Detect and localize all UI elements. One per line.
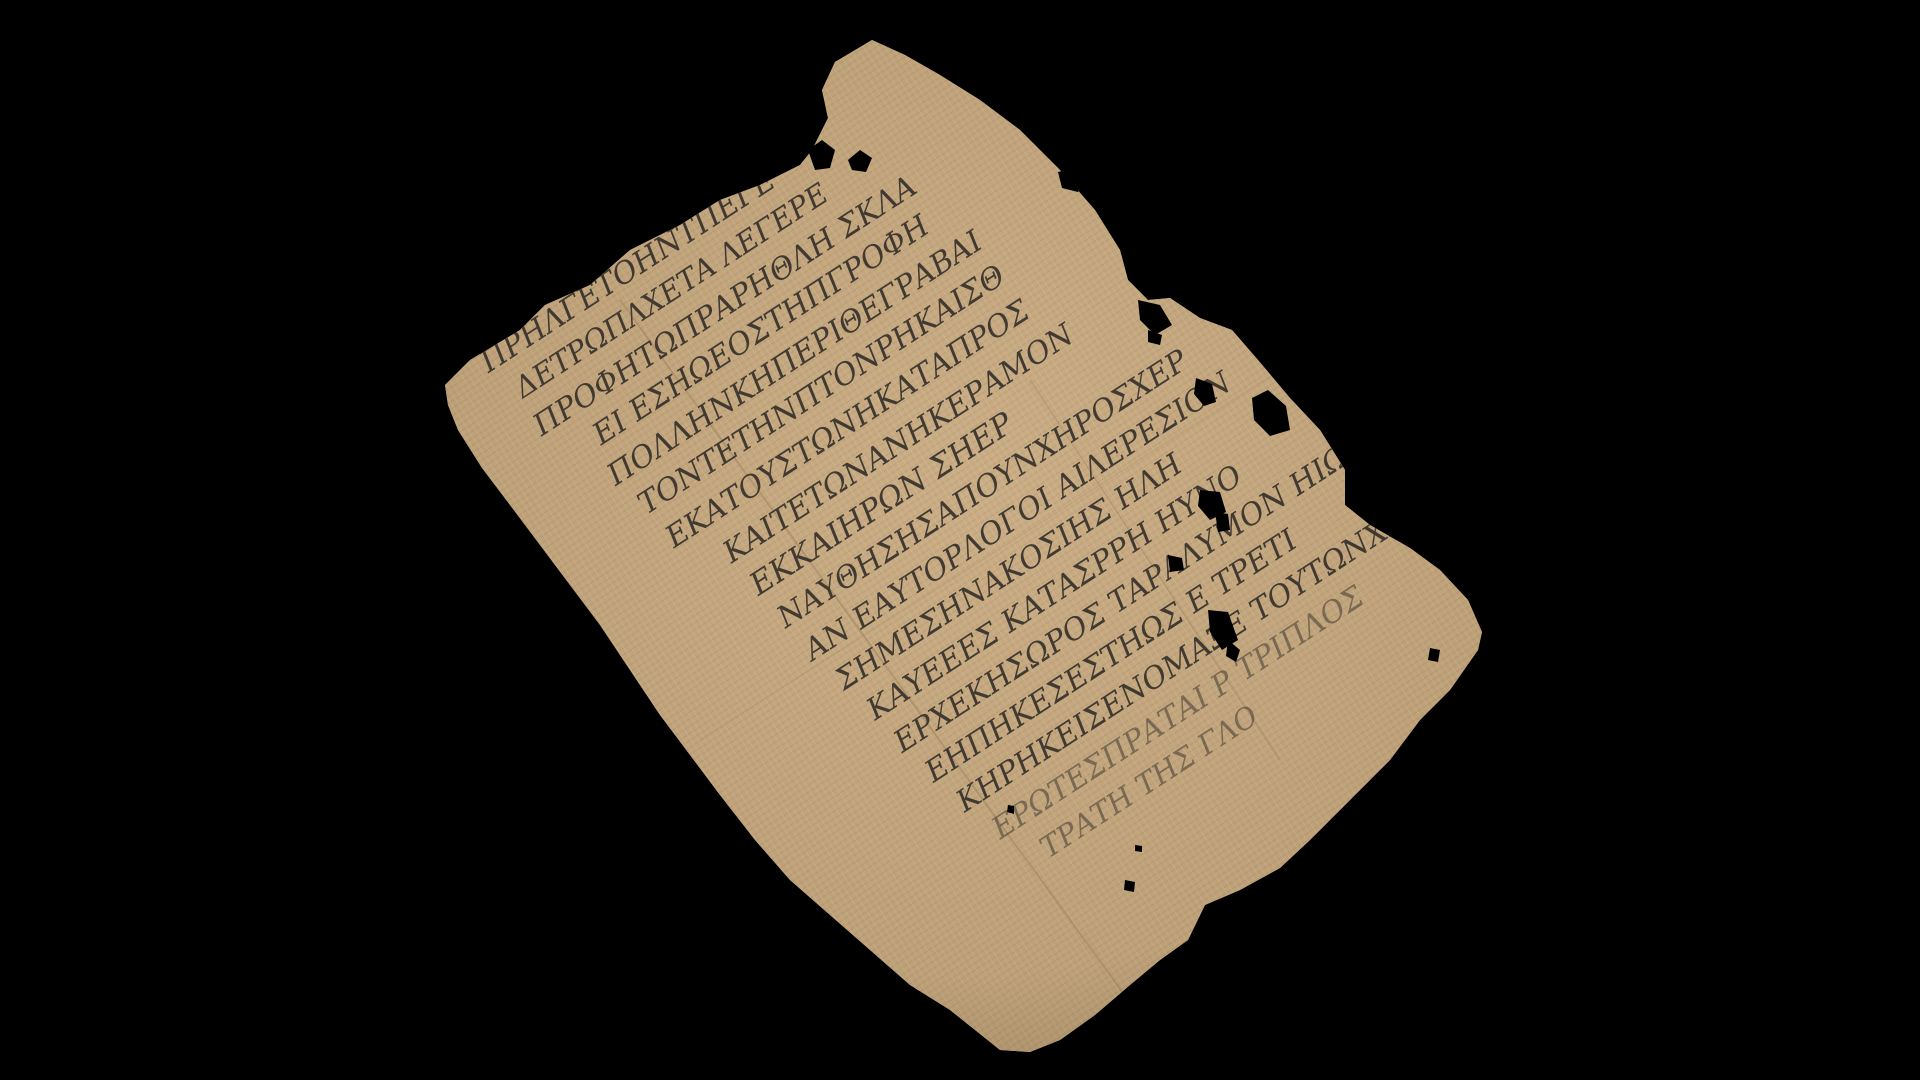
photo-stage: ΠΡΗΛΓΕΤΟΗΝΤΠΕΓΕ ΔΕΤΡΩΠΛΧΕΤΑ ΛΕΓΕΡΕ ΠΡΟΦΗ…: [0, 0, 1920, 1080]
papyrus-fragment-image: ΠΡΗΛΓΕΤΟΗΝΤΠΕΓΕ ΔΕΤΡΩΠΛΧΕΤΑ ΛΕΓΕΡΕ ΠΡΟΦΗ…: [0, 0, 1920, 1080]
